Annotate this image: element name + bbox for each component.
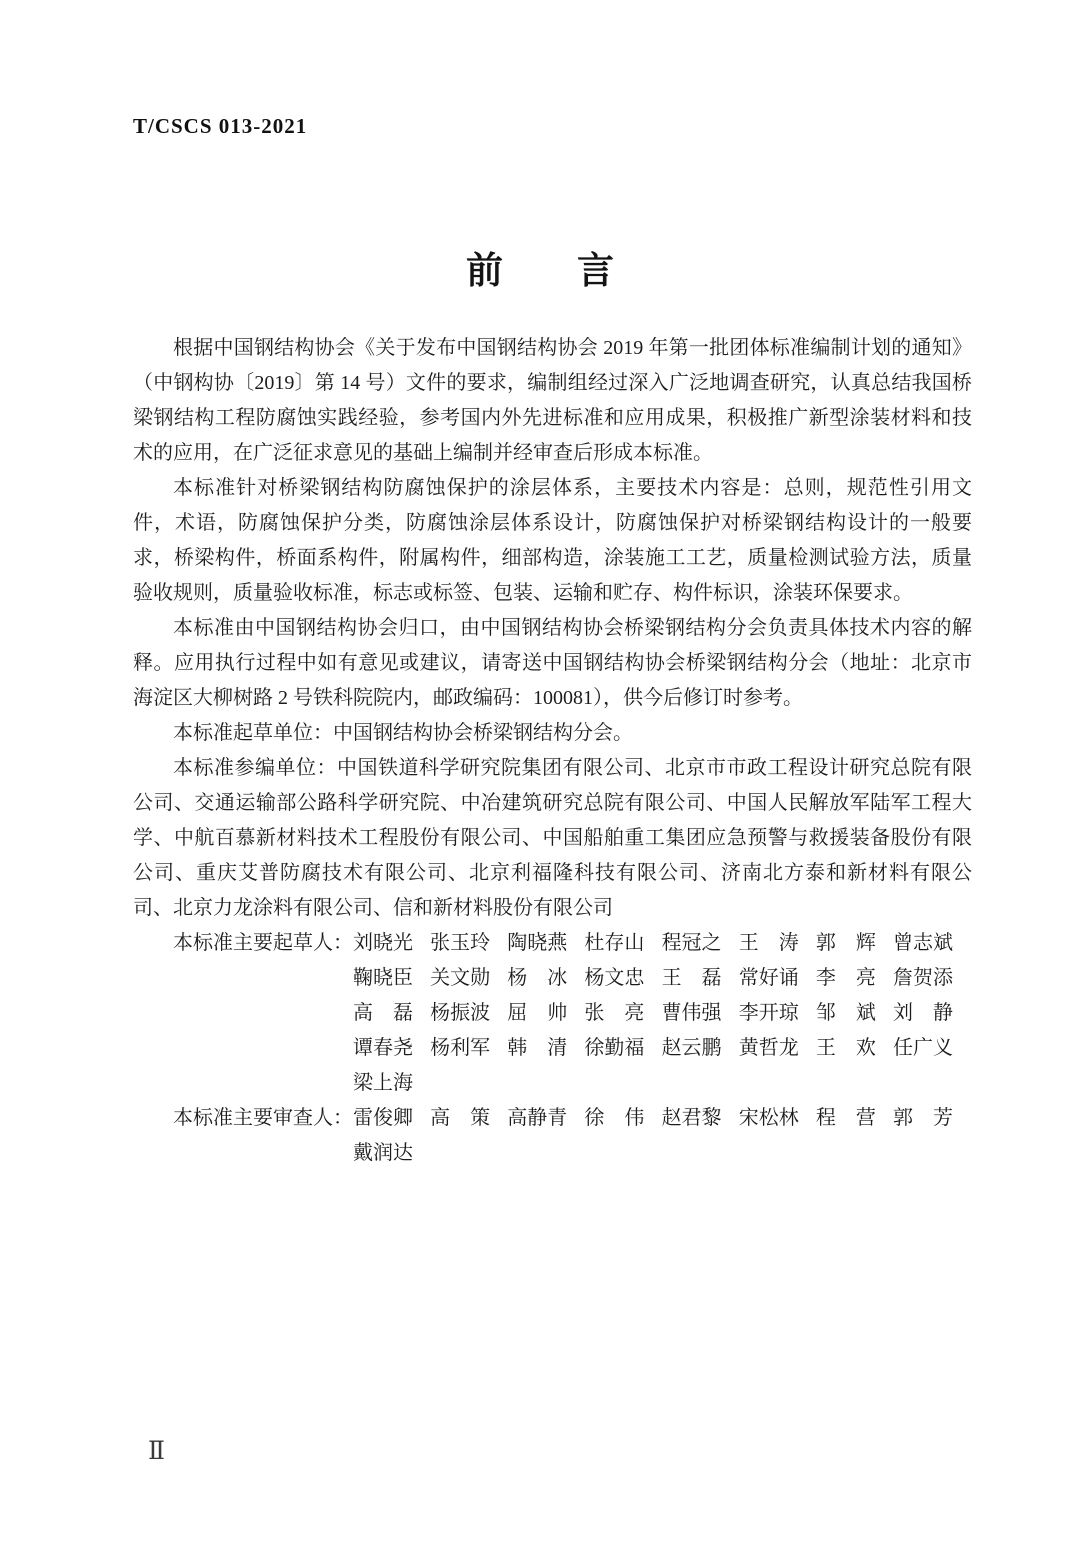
reviewers-name-grid: 雷俊卿 高 策 高静青 徐 伟 赵君黎 宋松林 程 营 郭 芳 戴润达: [353, 1101, 972, 1171]
drafting-org-paragraph: 本标准起草单位：中国钢结构协会桥梁钢结构分会。: [133, 716, 972, 751]
drafter-name: 邹 斌: [816, 996, 876, 1031]
drafter-name: 詹贺添: [893, 961, 953, 996]
reviewer-name: 高静青: [507, 1101, 567, 1136]
reviewers-row: 雷俊卿 高 策 高静青 徐 伟 赵君黎 宋松林 程 营 郭 芳: [353, 1101, 953, 1136]
reviewer-name: 戴润达: [353, 1136, 413, 1171]
reviewer-name: 赵君黎: [662, 1101, 722, 1136]
drafter-name: 杨利军: [430, 1031, 490, 1066]
document-body: 根据中国钢结构协会《关于发布中国钢结构协会 2019 年第一批团体标准编制计划的…: [133, 331, 972, 1171]
reviewer-name: 雷俊卿: [353, 1101, 413, 1136]
drafter-name: 张玉玲: [430, 926, 490, 961]
drafter-name: 郭 辉: [816, 926, 876, 961]
drafter-name: 任广义: [893, 1031, 953, 1066]
reviewer-name: 徐 伟: [584, 1101, 644, 1136]
drafters-row: 刘晓光 张玉玲 陶晓燕 杜存山 程冠之 王 涛 郭 辉 曾志斌: [353, 926, 953, 961]
participating-orgs-paragraph: 本标准参编单位：中国铁道科学研究院集团有限公司、北京市市政工程设计研究总院有限公…: [133, 751, 972, 926]
drafter-name: 梁上海: [353, 1066, 413, 1101]
drafter-name: 韩 清: [507, 1031, 567, 1066]
drafter-name: 杜存山: [584, 926, 644, 961]
drafter-name: 王 欢: [816, 1031, 876, 1066]
drafter-name: 鞠晓臣: [353, 961, 413, 996]
drafter-name: 曹伟强: [662, 996, 722, 1031]
reviewers-label: 本标准主要审查人：: [133, 1101, 353, 1136]
drafter-name: 屈 帅: [507, 996, 567, 1031]
administration-paragraph: 本标准由中国钢结构协会归口，由中国钢结构协会桥梁钢结构分会负责具体技术内容的解释…: [133, 611, 972, 716]
drafter-name: 赵云鹏: [662, 1031, 722, 1066]
drafter-name: 常好诵: [739, 961, 799, 996]
page-number: Ⅱ: [148, 1436, 165, 1466]
drafter-name: 陶晓燕: [507, 926, 567, 961]
drafter-name: 黄哲龙: [739, 1031, 799, 1066]
drafters-row: 鞠晓臣 关文勋 杨 冰 杨文忠 王 磊 常好诵 李 亮 詹贺添: [353, 961, 953, 996]
drafters-name-grid: 刘晓光 张玉玲 陶晓燕 杜存山 程冠之 王 涛 郭 辉 曾志斌 鞠晓臣 关文勋 …: [353, 926, 972, 1101]
drafter-name: 曾志斌: [893, 926, 953, 961]
drafter-name: 关文勋: [430, 961, 490, 996]
drafter-name: 李 亮: [816, 961, 876, 996]
drafter-name: 程冠之: [662, 926, 722, 961]
drafter-name: 王 磊: [662, 961, 722, 996]
standard-number: T/CSCS 013-2021: [133, 114, 307, 139]
drafter-name: 杨振波: [430, 996, 490, 1031]
page-title: 前 言: [0, 240, 1080, 294]
reviewers-row: 戴润达: [353, 1136, 953, 1171]
drafter-name: 李开琼: [739, 996, 799, 1031]
drafters-row: 谭春尧 杨利军 韩 清 徐勤福 赵云鹏 黄哲龙 王 欢 任广义: [353, 1031, 953, 1066]
drafter-name: 刘晓光: [353, 926, 413, 961]
drafters-section: 本标准主要起草人： 刘晓光 张玉玲 陶晓燕 杜存山 程冠之 王 涛 郭 辉 曾志…: [133, 926, 972, 1101]
drafter-name: 刘 静: [893, 996, 953, 1031]
reviewer-name: 程 营: [816, 1101, 876, 1136]
drafter-name: 谭春尧: [353, 1031, 413, 1066]
drafters-row: 梁上海: [353, 1066, 953, 1101]
drafters-row: 高 磊 杨振波 屈 帅 张 亮 曹伟强 李开琼 邹 斌 刘 静: [353, 996, 953, 1031]
drafter-name: 张 亮: [584, 996, 644, 1031]
drafter-name: 王 涛: [739, 926, 799, 961]
drafter-name: 杨 冰: [507, 961, 567, 996]
reviewer-name: 宋松林: [739, 1101, 799, 1136]
reviewer-name: 高 策: [430, 1101, 490, 1136]
drafter-name: 徐勤福: [584, 1031, 644, 1066]
drafter-name: 杨文忠: [584, 961, 644, 996]
reviewer-name: 郭 芳: [893, 1101, 953, 1136]
document-page: T/CSCS 013-2021 前 言 根据中国钢结构协会《关于发布中国钢结构协…: [0, 0, 1080, 1567]
technical-content-paragraph: 本标准针对桥梁钢结构防腐蚀保护的涂层体系，主要技术内容是：总则，规范性引用文件，…: [133, 471, 972, 611]
standard-basis-paragraph: 根据中国钢结构协会《关于发布中国钢结构协会 2019 年第一批团体标准编制计划的…: [133, 331, 972, 471]
drafter-name: 高 磊: [353, 996, 413, 1031]
drafters-label: 本标准主要起草人：: [133, 926, 353, 961]
reviewers-section: 本标准主要审查人： 雷俊卿 高 策 高静青 徐 伟 赵君黎 宋松林 程 营 郭 …: [133, 1101, 972, 1171]
